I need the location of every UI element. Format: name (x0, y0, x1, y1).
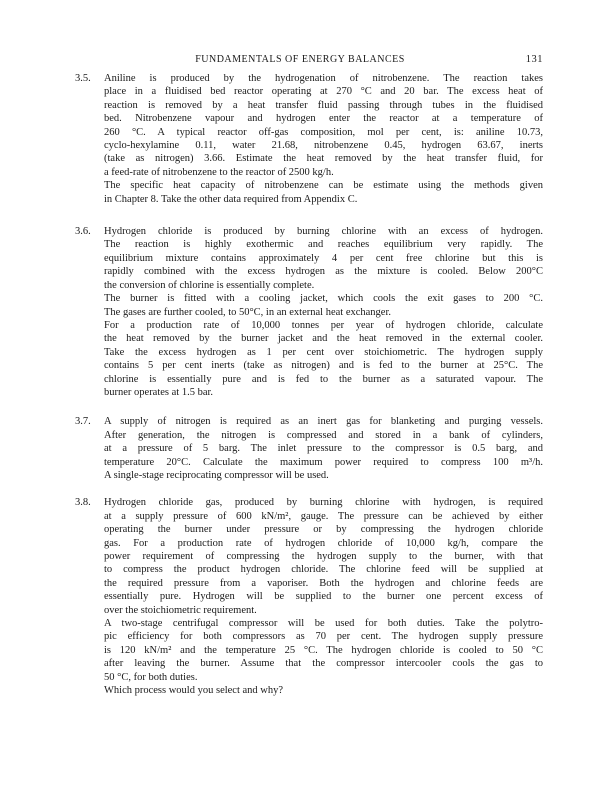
text-line: in Chapter 8. Take the other data requir… (104, 193, 543, 206)
text-line: After generation, the nitrogen is compre… (104, 429, 543, 442)
text-line: temperature 20°C. Calculate the maximum … (104, 456, 543, 469)
text-line: reaction is removed by a heat transfer f… (104, 99, 543, 112)
text-line: gas. For a production rate of hydrogen c… (104, 537, 543, 550)
text-line: Aniline is produced by the hydrogenation… (104, 72, 543, 85)
text-line: operating the burner under pressure or b… (104, 523, 543, 536)
text-line: bed. Nitrobenzene vapour and hydrogen en… (104, 112, 543, 125)
text-line: the conversion of chlorine is essentiall… (104, 279, 543, 292)
text-line: a feed-rate of nitrobenzene to the react… (104, 166, 543, 179)
problem-text: A supply of nitrogen is required as an i… (104, 415, 543, 482)
page-header: FUNDAMENTALS OF ENERGY BALANCES 131 (75, 54, 543, 68)
text-line: the required pressure from a vaporiser. … (104, 577, 543, 590)
text-line: at a supply pressure of 600 kN/m², gauge… (104, 510, 543, 523)
text-line: 50 °C, for both duties. (104, 671, 543, 684)
text-line: after leaving the burner. Assume that th… (104, 657, 543, 670)
text-line: place in a fluidised bed reactor operati… (104, 85, 543, 98)
text-line: contains 5 per cent inerts (take as nitr… (104, 359, 543, 372)
text-line: Hydrogen chloride is produced by burning… (104, 225, 543, 238)
text-line: The burner is fitted with a cooling jack… (104, 292, 543, 305)
problem-number: 3.8. (75, 496, 104, 697)
problem-text: Aniline is produced by the hydrogenation… (104, 72, 543, 206)
text-line: A single-stage reciprocating compressor … (104, 469, 543, 482)
problem-item: 3.7. A supply of nitrogen is required as… (75, 415, 543, 482)
text-line: 260 °C. A typical reactor off-gas compos… (104, 126, 543, 139)
text-line: over the stoichiometric requirement. (104, 604, 543, 617)
problem-item: 3.5. Aniline is produced by the hydrogen… (75, 72, 543, 206)
problem-item: 3.8. Hydrogen chloride gas, produced by … (75, 496, 543, 697)
text-line: cyclo-hexylamine 0.11, water 21.68, nitr… (104, 139, 543, 152)
text-line: rapidly combined with the excess hydroge… (104, 265, 543, 278)
text-line: essentially pure. Hydrogen will be suppl… (104, 590, 543, 603)
problem-number: 3.7. (75, 415, 104, 482)
text-line: Which process would you select and why? (104, 684, 543, 697)
text-line: chlorine is essentially pure and is fed … (104, 373, 543, 386)
text-line: A two-stage centrifugal compressor will … (104, 617, 543, 630)
text-line: Hydrogen chloride gas, produced by burni… (104, 496, 543, 509)
problem-number: 3.5. (75, 72, 104, 206)
text-line: equilibrium mixture contains approximate… (104, 252, 543, 265)
text-line: For a production rate of 10,000 tonnes p… (104, 319, 543, 332)
book-page: FUNDAMENTALS OF ENERGY BALANCES 131 3.5.… (0, 0, 612, 800)
text-line: (take as nitrogen) 3.66. Estimate the he… (104, 152, 543, 165)
text-line: to compress the product hydrogen chlorid… (104, 563, 543, 576)
text-line: at a pressure of 5 barg. The inlet press… (104, 442, 543, 455)
problem-list: 3.5. Aniline is produced by the hydrogen… (75, 72, 543, 697)
text-line: The reaction is highly exothermic and re… (104, 238, 543, 251)
text-line: Take the excess hydrogen as 1 per cent o… (104, 346, 543, 359)
text-line: A supply of nitrogen is required as an i… (104, 415, 543, 428)
page-number: 131 (526, 54, 543, 65)
problem-text: Hydrogen chloride gas, produced by burni… (104, 496, 543, 697)
text-line: is 120 kN/m² and the temperature 25 °C. … (104, 644, 543, 657)
problem-number: 3.6. (75, 225, 104, 399)
running-head: FUNDAMENTALS OF ENERGY BALANCES (195, 54, 405, 65)
problem-item: 3.6. Hydrogen chloride is produced by bu… (75, 225, 543, 399)
text-line: The specific heat capacity of nitrobenze… (104, 179, 543, 192)
text-line: the heat removed by the burner jacket an… (104, 332, 543, 345)
problem-text: Hydrogen chloride is produced by burning… (104, 225, 543, 399)
text-line: burner operates at 1.5 bar. (104, 386, 543, 399)
text-line: The gases are further cooled, to 50°C, i… (104, 306, 543, 319)
text-line: power requirement of compressing the hyd… (104, 550, 543, 563)
text-line: pic efficiency for both compressors as 7… (104, 630, 543, 643)
